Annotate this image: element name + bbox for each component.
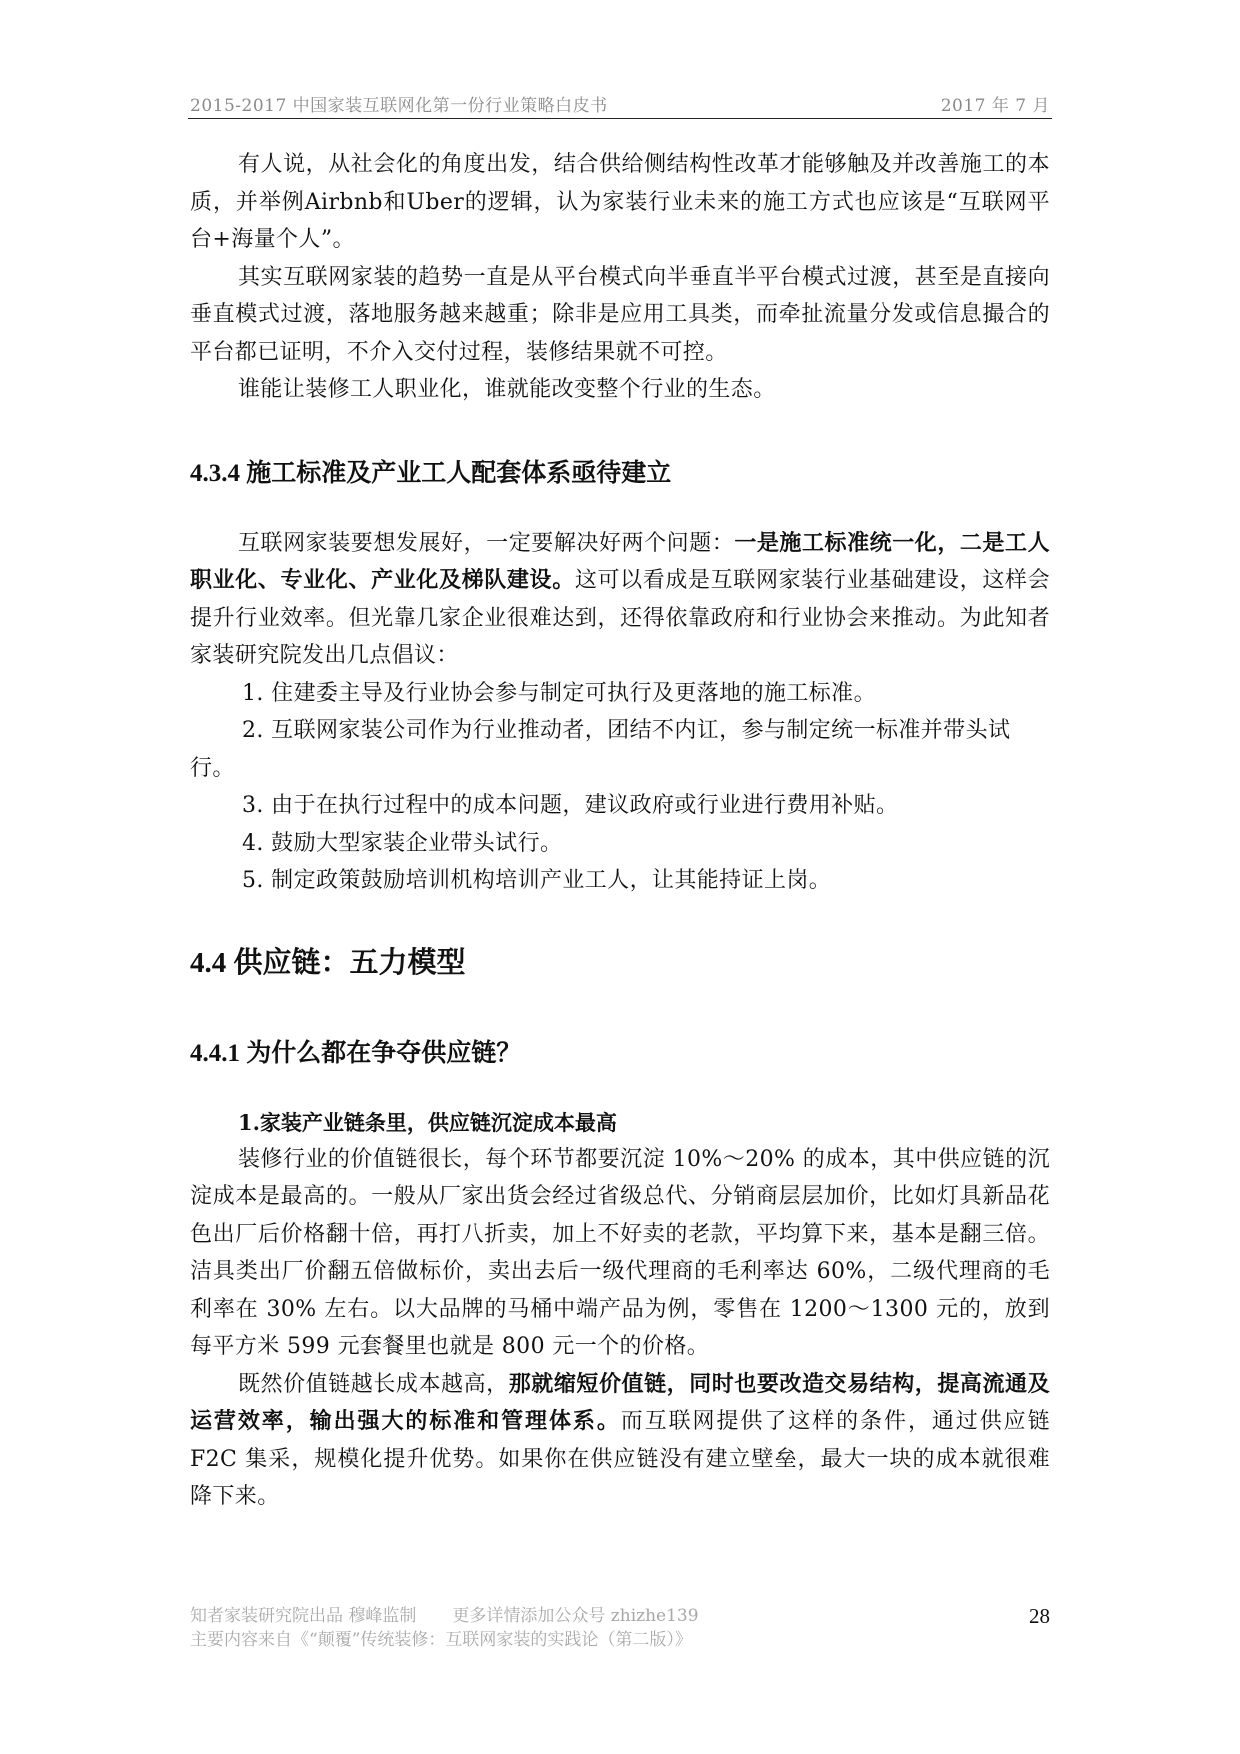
page-footer: 知者家装研究院出品 穆峰监制 更多详情添加公众号 zhizhe139 主要内容来…: [190, 1604, 1050, 1652]
paragraph: 有人说，从社会化的角度出发，结合供给侧结构性改革才能够触及并改善施工的本质，并举…: [190, 146, 1050, 259]
paragraph: 既然价值链越长成本越高，那就缩短价值链，同时也要改造交易结构，提高流通及运营效率…: [190, 1366, 1050, 1516]
footer-publisher: 知者家装研究院出品 穆峰监制: [190, 1604, 416, 1628]
section-heading-4-4-1: 4.4.1 为什么都在争夺供应链？: [190, 1033, 1050, 1069]
list-item: 2. 互联网家装公司作为行业推动者，团结不内讧，参与制定统一标准并带头试行。: [190, 712, 1050, 787]
header-divider: [188, 118, 1052, 119]
page-header: 2015-2017 中国家装互联网化第一份行业策略白皮书 2017 年 7 月: [190, 86, 1050, 116]
footer-source: 主要内容来自《“颠覆”传统装修：互联网家装的实践论（第二版）》: [190, 1628, 692, 1652]
list-item: 4. 鼓励大型家装企业带头试行。: [190, 825, 1050, 863]
footer-line-1: 知者家装研究院出品 穆峰监制 更多详情添加公众号 zhizhe139: [190, 1604, 1050, 1628]
footer-line-2: 主要内容来自《“颠覆”传统装修：互联网家装的实践论（第二版）》: [190, 1628, 1050, 1652]
subheading: 1.家装产业链条里，供应链沉淀成本最高: [190, 1105, 1050, 1141]
list-item: 5. 制定政策鼓励培训机构培训产业工人，让其能持证上岗。: [190, 862, 1050, 900]
section-heading-4-4: 4.4 供应链：五力模型: [190, 940, 1050, 981]
footer-wechat: 更多详情添加公众号 zhizhe139: [452, 1604, 698, 1628]
document-date: 2017 年 7 月: [941, 91, 1050, 116]
paragraph: 装修行业的价值链很长，每个环节都要沉淀 10%～20% 的成本，其中供应链的沉淀…: [190, 1141, 1050, 1366]
paragraph: 其实互联网家装的趋势一直是从平台模式向半垂直半平台模式过渡，甚至是直接向垂直模式…: [190, 259, 1050, 372]
list-item: 3. 由于在执行过程中的成本问题，建议政府或行业进行费用补贴。: [190, 787, 1050, 825]
paragraph: 谁能让装修工人职业化，谁就能改变整个行业的生态。: [190, 371, 1050, 409]
list-item: 1. 住建委主导及行业协会参与制定可执行及更落地的施工标准。: [190, 675, 1050, 713]
section-heading-4-3-4: 4.3.4 施工标准及产业工人配套体系亟待建立: [190, 453, 1050, 489]
paragraph: 互联网家装要想发展好，一定要解决好两个问题：一是施工标准统一化，二是工人职业化、…: [190, 525, 1050, 675]
page-number: 28: [1029, 1604, 1050, 1628]
page-content: 有人说，从社会化的角度出发，结合供给侧结构性改革才能够触及并改善施工的本质，并举…: [190, 146, 1050, 1516]
text-span: 互联网家装要想发展好，一定要解决好两个问题：: [238, 531, 734, 556]
document-title: 2015-2017 中国家装互联网化第一份行业策略白皮书: [190, 91, 608, 116]
text-span: 既然价值链越长成本越高，: [238, 1372, 509, 1397]
